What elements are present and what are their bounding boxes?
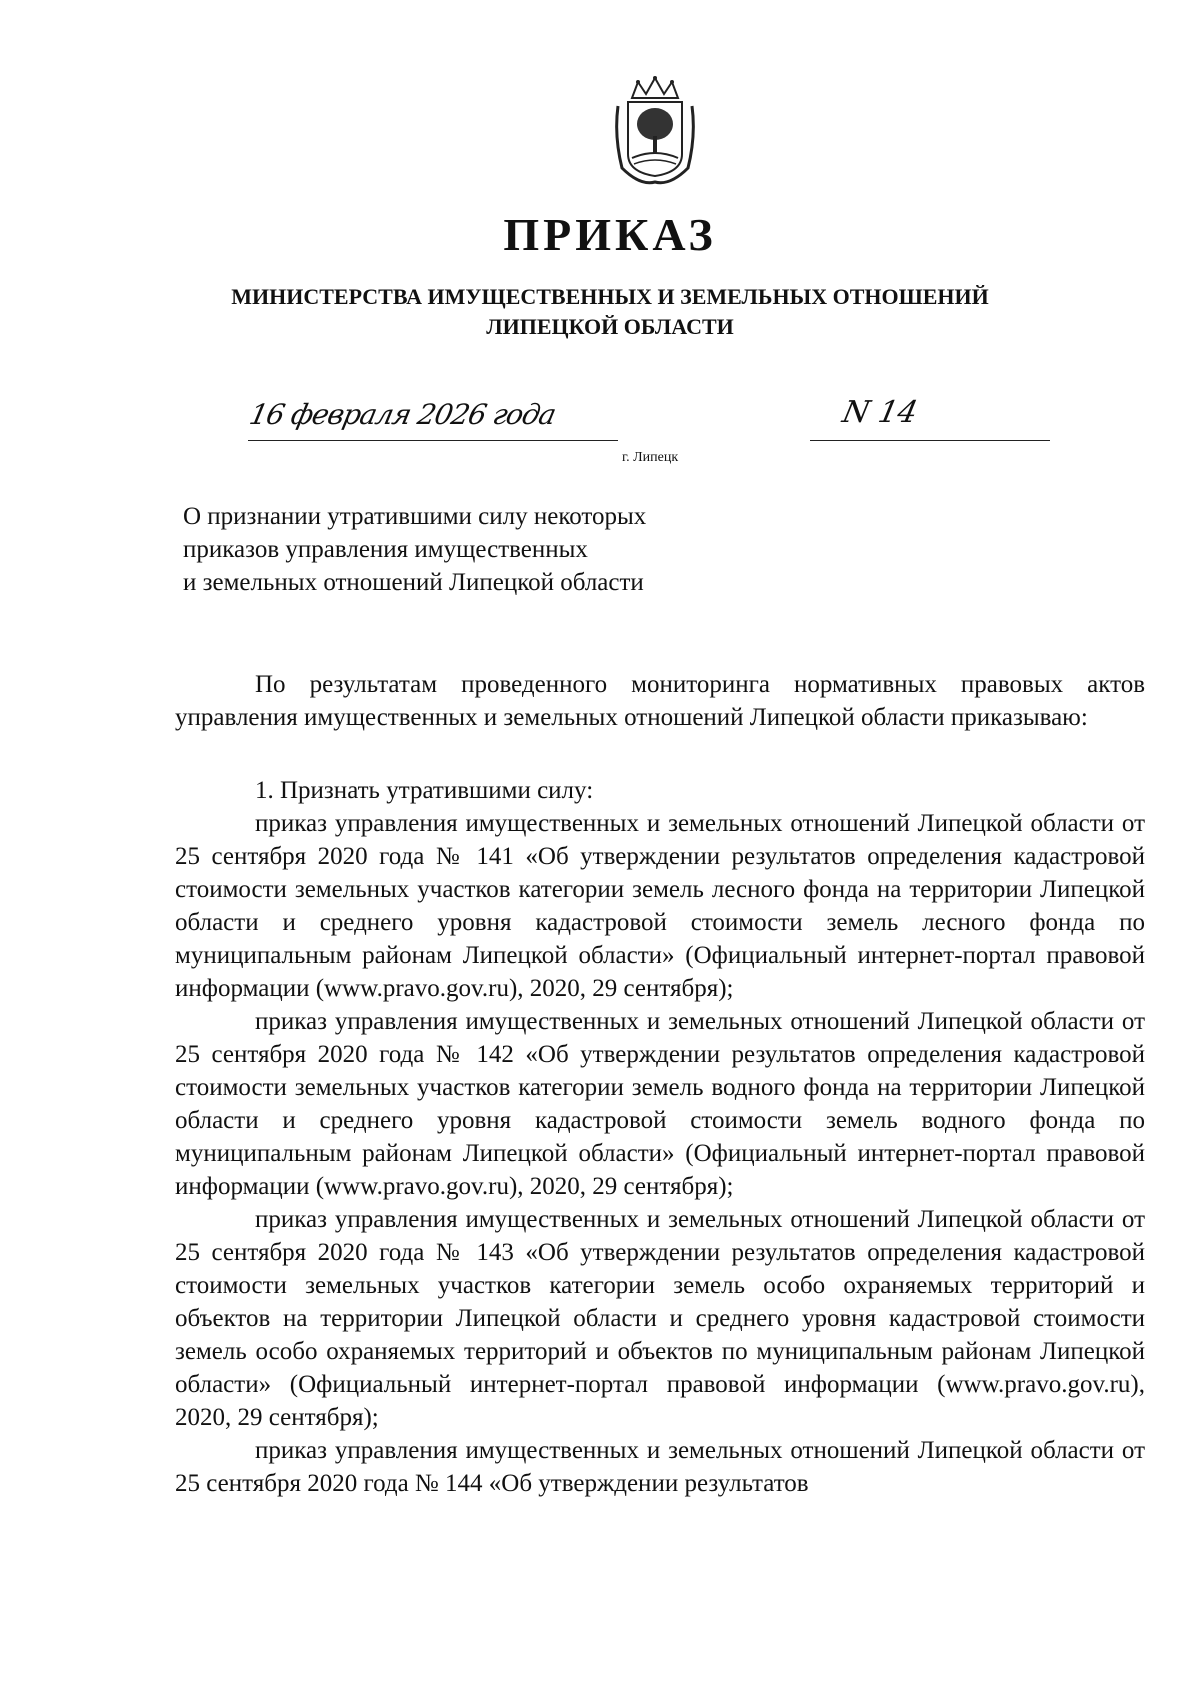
order-subject: О признании утратившими силу некоторых п… [183,500,646,599]
handwritten-number: N 14 [839,395,920,430]
repealed-order-144: приказ управления имущественных и земель… [175,1434,1145,1500]
coat-of-arms-icon [610,76,700,188]
number-underline [810,440,1050,441]
intro-paragraph: По результатам проведенного мониторинга … [175,668,1145,734]
order-body: По результатам проведенного мониторинга … [175,668,1145,1500]
ministry-line-2: ЛИПЕЦКОЙ ОБЛАСТИ [20,312,1200,342]
city-label: г. Липецк [622,450,678,466]
document-title: ПРИКАЗ [20,208,1200,261]
subject-line-2: приказов управления имущественных [183,533,646,566]
issuing-authority: МИНИСТЕРСТВА ИМУЩЕСТВЕННЫХ И ЗЕМЕЛЬНЫХ О… [20,282,1200,342]
repealed-order-143: приказ управления имущественных и земель… [175,1203,1145,1434]
subject-line-3: и земельных отношений Липецкой области [183,566,646,599]
repealed-order-141: приказ управления имущественных и земель… [175,807,1145,1005]
subject-line-1: О признании утратившими силу некоторых [183,500,646,533]
date-underline [248,440,618,441]
ministry-line-1: МИНИСТЕРСТВА ИМУЩЕСТВЕННЫХ И ЗЕМЕЛЬНЫХ О… [20,282,1200,312]
repealed-order-142: приказ управления имущественных и земель… [175,1005,1145,1203]
document-page: ПРИКАЗ МИНИСТЕРСТВА ИМУЩЕСТВЕННЫХ И ЗЕМЕ… [0,0,1200,1697]
handwritten-date: 16 февраля 2026 года [246,398,558,431]
item-1-heading: 1. Признать утратившими силу: [175,774,1145,807]
